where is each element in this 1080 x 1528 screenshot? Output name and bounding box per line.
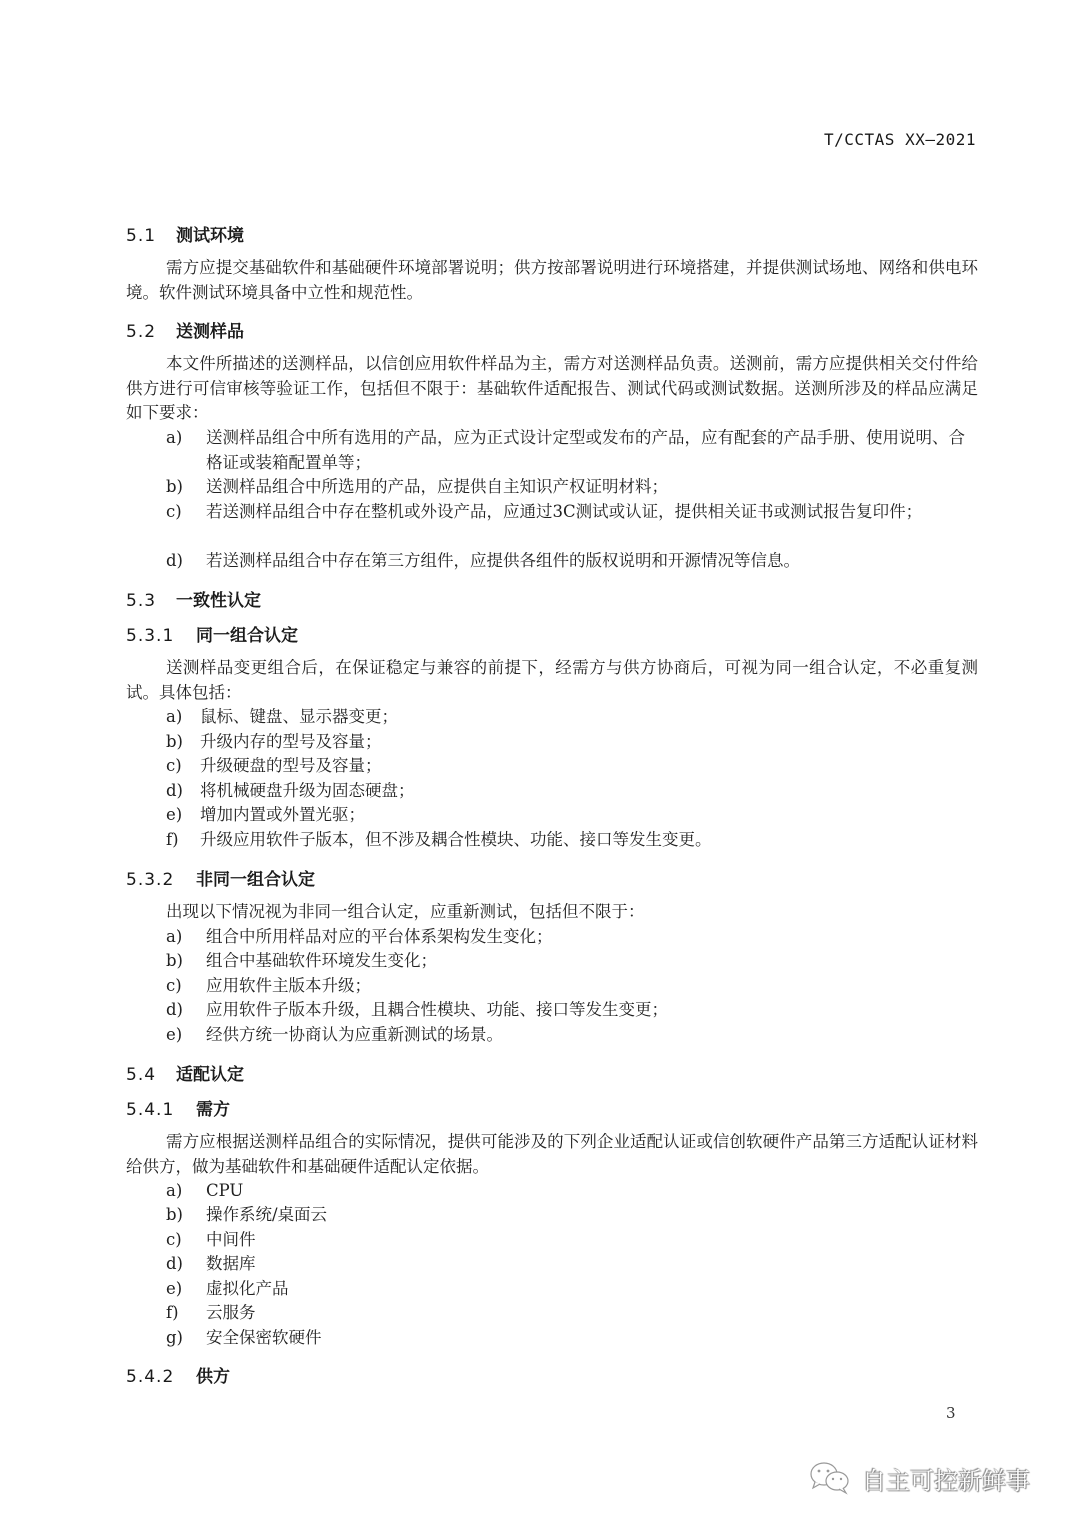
list-item: c)若送测样品组合中存在整机或外设产品，应通过3C测试或认证，提供相关证书或测试…	[166, 500, 978, 525]
section-number: 5.3.1	[126, 626, 196, 646]
section-title: 一致性认定	[176, 591, 261, 611]
section-heading-5-4-2: 5.4.2供方	[126, 1362, 230, 1387]
list-item: f)云服务	[166, 1301, 978, 1326]
paragraph-5-3-2: 出现以下情况视为非同一组合认定，应重新测试，包括但不限于：	[166, 900, 978, 925]
list-item: e)虚拟化产品	[166, 1277, 978, 1302]
list-item: d)若送测样品组合中存在第三方组件，应提供各组件的版权说明和开源情况等信息。	[166, 549, 978, 574]
list-item: a)CPU	[166, 1179, 978, 1204]
section-title: 非同一组合认定	[196, 870, 315, 890]
paragraph-5-4-1: 需方应根据送测样品组合的实际情况，提供可能涉及的下列企业适配认证或信创软硬件产品…	[126, 1130, 978, 1179]
section-number: 5.4	[126, 1065, 176, 1085]
section-number: 5.4.1	[126, 1100, 196, 1120]
list-item: b)组合中基础软件环境发生变化；	[166, 949, 978, 974]
list-item: b)送测样品组合中所选用的产品，应提供自主知识产权证明材料；	[166, 475, 978, 500]
list-item: e)增加内置或外置光驱；	[166, 803, 978, 828]
watermark-text: 自主可控新鲜事	[862, 1461, 1030, 1496]
list-item: d)将机械硬盘升级为固态硬盘；	[166, 779, 978, 804]
section-number: 5.1	[126, 226, 176, 246]
list-item: a)组合中所用样品对应的平台体系架构发生变化；	[166, 925, 978, 950]
section-title: 同一组合认定	[196, 626, 298, 646]
list-item: b)操作系统/桌面云	[166, 1203, 978, 1228]
section-title: 供方	[196, 1367, 230, 1387]
section-title: 适配认定	[176, 1065, 244, 1085]
watermark: 自主可控新鲜事	[808, 1458, 1030, 1498]
page-number: 3	[946, 1404, 956, 1422]
paragraph-5-3-1: 送测样品变更组合后，在保证稳定与兼容的前提下，经需方与供方协商后，可视为同一组合…	[126, 656, 978, 705]
list-item: d)应用软件子版本升级，且耦合性模块、功能、接口等发生变更；	[166, 998, 978, 1023]
list-item: d)数据库	[166, 1252, 978, 1277]
list-item: f)升级应用软件子版本，但不涉及耦合性模块、功能、接口等发生变更。	[166, 828, 978, 853]
section-heading-5-4-1: 5.4.1需方	[126, 1095, 230, 1120]
section-heading-5-3-1: 5.3.1同一组合认定	[126, 621, 298, 646]
section-number: 5.3.2	[126, 870, 196, 890]
section-heading-5-1: 5.1测试环境	[126, 221, 244, 246]
section-number: 5.2	[126, 322, 176, 342]
list-item: c)中间件	[166, 1228, 978, 1253]
section-heading-5-3-2: 5.3.2非同一组合认定	[126, 865, 315, 890]
list-item: a)鼠标、键盘、显示器变更；	[166, 705, 978, 730]
section-title: 测试环境	[176, 226, 244, 246]
paragraph-5-1: 需方应提交基础软件和基础硬件环境部署说明；供方按部署说明进行环境搭建，并提供测试…	[126, 256, 978, 305]
section-title: 送测样品	[176, 322, 244, 342]
list-item: b)升级内存的型号及容量；	[166, 730, 978, 755]
wechat-icon	[808, 1460, 852, 1496]
section-heading-5-4: 5.4适配认定	[126, 1060, 244, 1085]
paragraph-5-2: 本文件所描述的送测样品，以信创应用软件样品为主，需方对送测样品负责。送测前，需方…	[126, 352, 978, 426]
list-item: g)安全保密软硬件	[166, 1326, 978, 1351]
list-item: c)应用软件主版本升级；	[166, 974, 978, 999]
section-heading-5-3: 5.3一致性认定	[126, 586, 261, 611]
list-item: a)送测样品组合中所有选用的产品，应为正式设计定型或发布的产品，应有配套的产品手…	[166, 426, 978, 475]
list-item: c)升级硬盘的型号及容量；	[166, 754, 978, 779]
section-number: 5.3	[126, 591, 176, 611]
section-heading-5-2: 5.2送测样品	[126, 317, 244, 342]
section-number: 5.4.2	[126, 1367, 196, 1387]
section-title: 需方	[196, 1100, 230, 1120]
list-item: e)经供方统一协商认为应重新测试的场景。	[166, 1023, 978, 1048]
doc-code-header: T/CCTAS XX—2021	[0, 130, 976, 149]
